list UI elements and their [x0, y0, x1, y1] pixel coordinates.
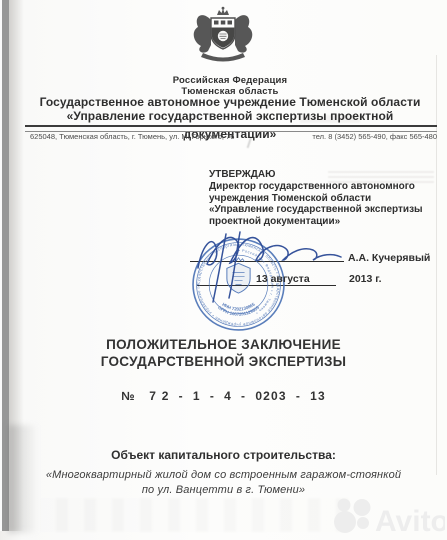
avito-watermark: Avito: [331, 494, 445, 538]
header-contact-bar: 625048, Тюменская область, г. Тюмень, ул…: [30, 132, 437, 141]
approval-block: УТВЕРЖДАЮ Директор государственного авто…: [209, 169, 445, 228]
scanned-document-page: Российская Федерация Тюменская область Г…: [0, 0, 447, 540]
tyumen-coat-of-arms-emblem: [183, 5, 263, 67]
scan-artifact-bands: [40, 498, 350, 532]
approval-line1: Директор государственного автономного: [209, 181, 445, 193]
approval-line2: учреждения Тюменской области: [209, 193, 445, 205]
construction-object-name-line1: «Многоквартирный жилой дом со встроенным…: [1, 468, 446, 483]
conclusion-number: № 7 2 - 1 - 4 - 0203 - 13: [1, 389, 446, 403]
signer-name: А.А. Кучерявый: [348, 252, 430, 264]
approval-date-day-month: 13 августа: [256, 273, 310, 285]
avito-watermark-text: Avito: [375, 505, 445, 538]
conclusion-title-line2: ГОСУДАРСТВЕННОЙ ЭКСПЕРТИЗЫ: [1, 354, 446, 371]
approval-date-year: 2013 г.: [349, 273, 382, 285]
approval-heading: УТВЕРЖДАЮ: [209, 169, 445, 181]
org-phone: тел. 8 (3452) 565-490, факс 565-480: [312, 132, 437, 141]
signature-stroke: [190, 224, 350, 310]
org-address: 625048, Тюменская область, г. Тюмень, ул…: [30, 132, 234, 141]
conclusion-title-line1: ПОЛОЖИТЕЛЬНОЕ ЗАКЛЮЧЕНИЕ: [1, 337, 446, 354]
construction-object-name: «Многоквартирный жилой дом со встроенным…: [1, 468, 446, 497]
construction-object-label: Объект капитального строительства:: [1, 448, 446, 462]
avito-logo-icon: [334, 499, 371, 534]
conclusion-title: ПОЛОЖИТЕЛЬНОЕ ЗАКЛЮЧЕНИЕ ГОСУДАРСТВЕННОЙ…: [1, 337, 446, 370]
approval-line3: «Управление государственной экспертизы: [209, 204, 445, 216]
header-divider-rule: [25, 125, 437, 132]
